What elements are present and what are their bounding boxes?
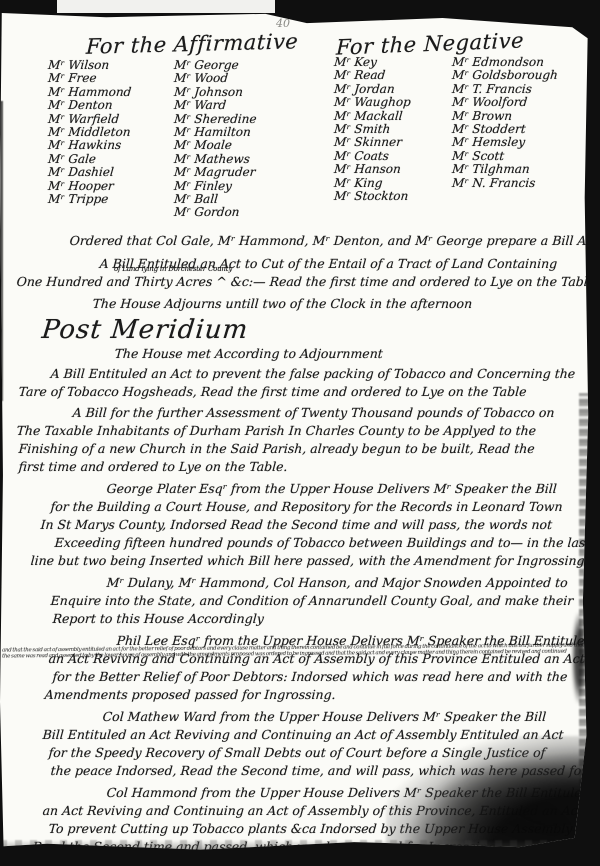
manuscript-line: The House Adjourns untill two of the Clo… bbox=[92, 295, 600, 313]
manuscript-line: Finishing of a new Church in the Said Pa… bbox=[18, 440, 600, 458]
member-name: Mʳ Hawkins bbox=[47, 139, 174, 152]
manuscript-line: Mʳ Dulany, Mʳ Hammond, Col Hanson, and M… bbox=[106, 574, 600, 592]
manuscript-line: George Plater Esqʳ from the Upper House … bbox=[106, 480, 600, 498]
left-edge-shadow bbox=[0, 101, 3, 401]
negative-column-2: Mʳ Edmondson Mʳ Goldsborough Mʳ T. Franc… bbox=[452, 56, 558, 203]
member-name: Mʳ Magruder bbox=[173, 166, 257, 179]
affirmative-column-2: Mʳ George Mʳ Wood Mʳ Johnson Mʳ Ward Mʳ … bbox=[174, 59, 257, 220]
manuscript-line: first time and ordered to Lye on the Tab… bbox=[18, 458, 600, 476]
bottom-edge-mottling bbox=[0, 840, 590, 853]
affirmative-vote-list: Mʳ Wilson Mʳ Free Mʳ Hammond Mʳ Denton M… bbox=[48, 59, 300, 220]
manuscript-line: Ordered that Col Gale, Mʳ Hammond, Mʳ De… bbox=[69, 232, 600, 250]
negative-vote-list: Mʳ Key Mʳ Read Mʳ Jordan Mʳ Waughop Mʳ M… bbox=[334, 56, 584, 203]
right-edge-blotch bbox=[572, 613, 586, 703]
member-name: Mʳ Gordon bbox=[173, 206, 257, 219]
manuscript-page: 40 For the Affirmative For the Negative … bbox=[0, 13, 590, 853]
manuscript-line: for the Building a Court House, and Repo… bbox=[50, 498, 600, 516]
manuscript-line: Exceeding fifteen hundred pounds of Toba… bbox=[54, 534, 600, 552]
negative-column-1: Mʳ Key Mʳ Read Mʳ Jordan Mʳ Waughop Mʳ M… bbox=[334, 56, 452, 203]
manuscript-line: The Taxable Inhabitants of Durham Parish… bbox=[16, 422, 600, 440]
post-meridium-heading: Post Meridium bbox=[40, 315, 600, 345]
interline-insertion: of Land lying in Dorchester County bbox=[114, 266, 232, 273]
affirmative-column-1: Mʳ Wilson Mʳ Free Mʳ Hammond Mʳ Denton M… bbox=[48, 59, 174, 220]
member-name: Mʳ Wood bbox=[173, 72, 257, 85]
member-name: Mʳ Skinner bbox=[333, 136, 452, 149]
manuscript-line: A Bill for the further Assessment of Twe… bbox=[72, 404, 600, 422]
manuscript-line: Report to this House Accordingly bbox=[52, 610, 600, 628]
member-name: Mʳ Dashiel bbox=[47, 166, 174, 179]
member-name: Mʳ Hanson bbox=[333, 163, 452, 176]
manuscript-line: Col Mathew Ward from the Upper House Del… bbox=[102, 708, 600, 726]
manuscript-line: Amendments proposed passed for Ingrossin… bbox=[44, 686, 600, 704]
manuscript-line: Enquire into the State, and Condition of… bbox=[50, 592, 600, 610]
member-name: Mʳ Free bbox=[47, 72, 174, 85]
manuscript-line: In St Marys County, Indorsed Read the Se… bbox=[40, 516, 600, 534]
manuscript-scan: 40 For the Affirmative For the Negative … bbox=[0, 0, 600, 866]
member-name: Mʳ Denton bbox=[47, 99, 174, 112]
member-name: Mʳ N. Francis bbox=[451, 177, 558, 190]
member-name: Mʳ Goldsborough bbox=[451, 69, 558, 82]
member-name: Mʳ Trippe bbox=[47, 193, 174, 206]
manuscript-line: line but two being Inserted which Bill h… bbox=[30, 552, 600, 570]
member-name: Mʳ Waughop bbox=[333, 96, 452, 109]
affirmative-heading: For the Affirmative bbox=[86, 29, 299, 59]
manuscript-line: One Hundred and Thirty Acres ^ &c:— Read… bbox=[16, 273, 600, 291]
member-name: Mʳ Moale bbox=[173, 139, 257, 152]
manuscript-line: Tare of Tobacco Hogsheads, Read the firs… bbox=[18, 383, 600, 401]
manuscript-line-with-interline: of Land lying in Dorchester County One H… bbox=[14, 273, 600, 291]
manuscript-line: for the Better Relief of Poor Debtors: I… bbox=[52, 668, 600, 686]
manuscript-line: The House met According to Adjournment bbox=[114, 345, 600, 363]
member-name: Mʳ Woolford bbox=[451, 96, 558, 109]
member-name: Mʳ Tilghman bbox=[451, 163, 558, 176]
adjacent-page-edge bbox=[57, 0, 275, 13]
member-name: Mʳ Hemsley bbox=[451, 136, 558, 149]
member-name: Mʳ Stockton bbox=[333, 190, 452, 203]
manuscript-line: A Bill Entituled an Act to prevent the f… bbox=[50, 365, 600, 383]
page-number: 40 bbox=[276, 17, 290, 30]
member-name: Mʳ Read bbox=[333, 69, 452, 82]
member-name: Mʳ Ward bbox=[173, 99, 257, 112]
